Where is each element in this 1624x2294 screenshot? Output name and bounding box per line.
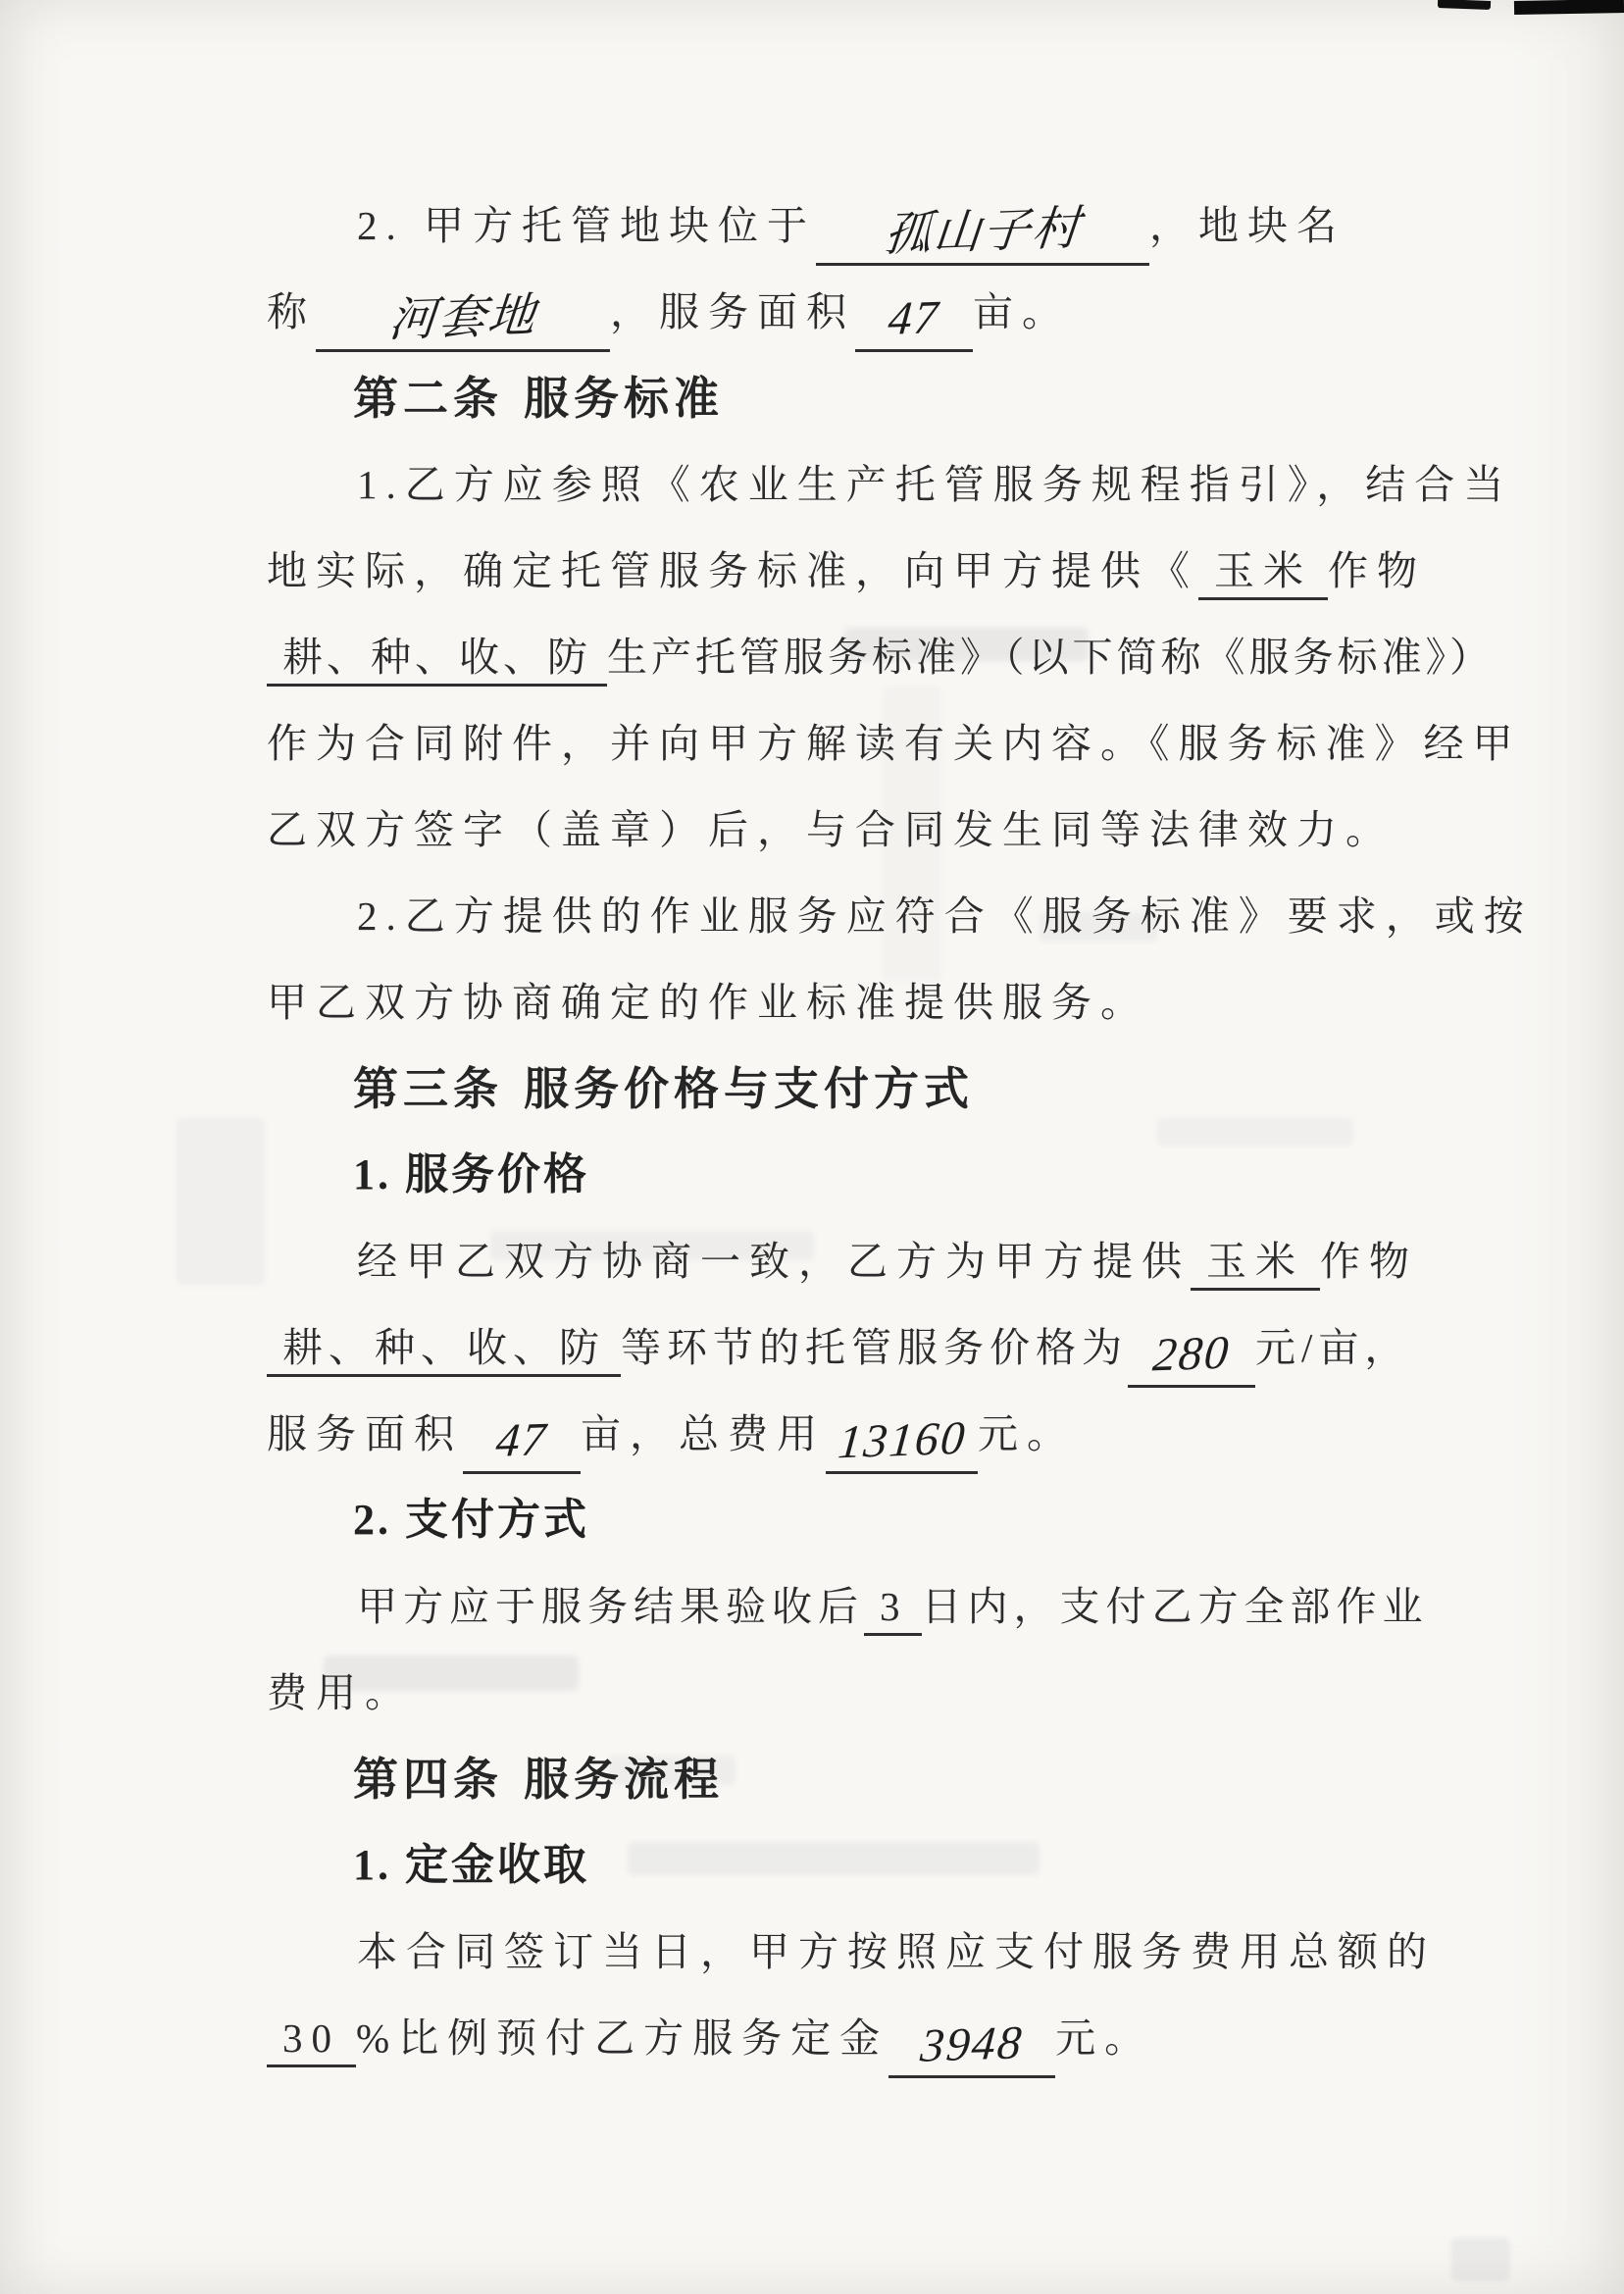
payment-para-line2: 费用。 xyxy=(267,1650,1502,1736)
underlined-fill-crop: 玉米 xyxy=(1198,548,1328,600)
line-plot-location: 2. 甲方托管地块位于孤山子村，地块名 xyxy=(267,182,1502,269)
text-segment: 亩。 xyxy=(973,289,1071,334)
text-segment: 等环节的托管服务价格为 xyxy=(621,1325,1128,1370)
text-segment: 乙双方签字（盖章）后，与合同发生同等法律效力。 xyxy=(267,807,1395,852)
underlined-fill-percent: 30 xyxy=(267,2015,356,2067)
text-segment: 2.乙方提供的作业服务应符合《服务标准》要求，或按 xyxy=(357,893,1533,939)
text-segment: 2. 甲方托管地块位于 xyxy=(357,203,816,248)
underlined-fill-crop: 玉米 xyxy=(1191,1239,1320,1291)
handwriting-deposit: 3948 xyxy=(918,2012,1026,2078)
deposit-para-line1: 本合同签订当日，甲方按照应支付服务费用总额的 xyxy=(267,1909,1502,1995)
heading-article-4: 第四条 服务流程 xyxy=(267,1736,1502,1822)
price-para-line3: 服务面积47亩，总费用13160元。 xyxy=(267,1391,1502,1477)
text-segment: 亩，总费用 xyxy=(581,1411,826,1456)
text-segment: 元。 xyxy=(1055,2015,1153,2061)
heading-article-3: 第三条 服务价格与支付方式 xyxy=(267,1045,1502,1132)
price-para-line2: 耕、种、收、防等环节的托管服务价格为280元/亩， xyxy=(267,1304,1502,1391)
article2-para2-line1: 2.乙方提供的作业服务应符合《服务标准》要求，或按 xyxy=(267,873,1502,959)
article2-para1-line2: 地实际，确定托管服务标准，向甲方提供《玉米作物 xyxy=(267,528,1502,614)
heading-article-2: 第二条 服务标准 xyxy=(267,355,1502,441)
subheading-text: 1. 定金收取 xyxy=(353,1841,589,1889)
text-segment: ，地块名 xyxy=(1149,203,1345,248)
handwritten-fill-village: 孤山子村 xyxy=(816,201,1149,266)
underlined-fill-stages: 耕、种、收、防 xyxy=(267,1325,621,1377)
article2-para1-line4: 作为合同附件，并向甲方解读有关内容。《服务标准》经甲 xyxy=(267,700,1502,787)
handwritten-fill-area: 47 xyxy=(463,1409,581,1474)
text-segment: 元。 xyxy=(978,1411,1076,1456)
text-segment: 元/亩， xyxy=(1255,1325,1410,1370)
article2-para1-line1: 1.乙方应参照《农业生产托管服务规程指引》，结合当 xyxy=(267,441,1502,528)
text-segment: 服务面积 xyxy=(267,1411,463,1456)
text-segment: 费用。 xyxy=(267,1670,414,1715)
heading-text: 第二条 服务标准 xyxy=(353,372,724,425)
subheading-text: 2. 支付方式 xyxy=(353,1496,589,1544)
article2-para2-line2: 甲乙双方协商确定的作业标准提供服务。 xyxy=(267,959,1502,1045)
bleed-through-artifact xyxy=(177,1118,265,1285)
line-plot-name-area: 称河套地，服务面积47亩。 xyxy=(267,269,1502,355)
text-segment: %比例预付乙方服务定金 xyxy=(356,2015,888,2061)
article2-para1-line3: 耕、种、收、防生产托管服务标准》（以下简称《服务标准》） xyxy=(267,614,1502,700)
bleed-through-artifact xyxy=(1451,2238,1510,2281)
handwritten-fill-plot-name: 河套地 xyxy=(316,287,610,352)
subheading-text: 1. 服务价格 xyxy=(353,1150,589,1198)
handwriting-area: 47 xyxy=(493,1408,550,1473)
handwritten-fill-unit-price: 280 xyxy=(1128,1323,1255,1388)
scan-edge-artifact xyxy=(1514,0,1624,15)
price-para-line1: 经甲乙双方协商一致，乙方为甲方提供玉米作物 xyxy=(267,1218,1502,1304)
text-segment: 地实际，确定托管服务标准，向甲方提供《 xyxy=(267,548,1198,593)
scan-edge-artifact xyxy=(1438,0,1491,10)
text-segment: 本合同签订当日，甲方按照应支付服务费用总额的 xyxy=(357,1929,1436,1974)
subheading-deposit: 1. 定金收取 xyxy=(267,1822,1502,1909)
underlined-fill-stages: 耕、种、收、防 xyxy=(267,635,607,687)
article2-para1-line5: 乙双方签字（盖章）后，与合同发生同等法律效力。 xyxy=(267,787,1502,873)
text-segment: 甲方应于服务结果验收后 xyxy=(357,1584,864,1629)
heading-text: 第四条 服务流程 xyxy=(353,1753,724,1806)
handwriting-village: 孤山子村 xyxy=(882,198,1084,268)
contract-body: 2. 甲方托管地块位于孤山子村，地块名 称河套地，服务面积47亩。 第二条 服务… xyxy=(267,182,1502,2081)
text-segment: 作物 xyxy=(1320,1239,1418,1284)
subheading-payment-method: 2. 支付方式 xyxy=(267,1477,1502,1563)
handwritten-fill-area: 47 xyxy=(855,287,973,352)
handwritten-fill-total-fee: 13160 xyxy=(826,1409,978,1474)
text-segment: 经甲乙双方协商一致，乙方为甲方提供 xyxy=(357,1239,1191,1284)
text-segment: 生产托管服务标准》（以下简称《服务标准》） xyxy=(607,635,1494,680)
handwriting-plot-name: 河套地 xyxy=(386,284,539,352)
heading-text: 第三条 服务价格与支付方式 xyxy=(353,1062,974,1115)
text-segment: 甲乙双方协商确定的作业标准提供服务。 xyxy=(267,980,1149,1025)
handwritten-fill-deposit: 3948 xyxy=(888,2014,1055,2078)
payment-para-line1: 甲方应于服务结果验收后3日内，支付乙方全部作业 xyxy=(267,1563,1502,1650)
deposit-para-line2: 30%比例预付乙方服务定金3948元。 xyxy=(267,1995,1502,2081)
text-segment: ，服务面积 xyxy=(610,289,855,334)
text-segment: 1.乙方应参照《农业生产托管服务规程指引》，结合当 xyxy=(357,462,1512,507)
handwriting-total-fee: 13160 xyxy=(835,1407,968,1474)
handwriting-unit-price: 280 xyxy=(1150,1322,1233,1388)
handwriting-area: 47 xyxy=(886,286,942,351)
subheading-service-price: 1. 服务价格 xyxy=(267,1132,1502,1218)
scanned-contract-page: 2. 甲方托管地块位于孤山子村，地块名 称河套地，服务面积47亩。 第二条 服务… xyxy=(0,0,1624,2294)
text-segment: 作物 xyxy=(1328,548,1426,593)
text-segment: 作为合同附件，并向甲方解读有关内容。《服务标准》经甲 xyxy=(267,721,1522,766)
text-segment: 称 xyxy=(267,289,316,334)
underlined-fill-days: 3 xyxy=(864,1584,922,1636)
text-segment: 日内，支付乙方全部作业 xyxy=(922,1584,1429,1629)
